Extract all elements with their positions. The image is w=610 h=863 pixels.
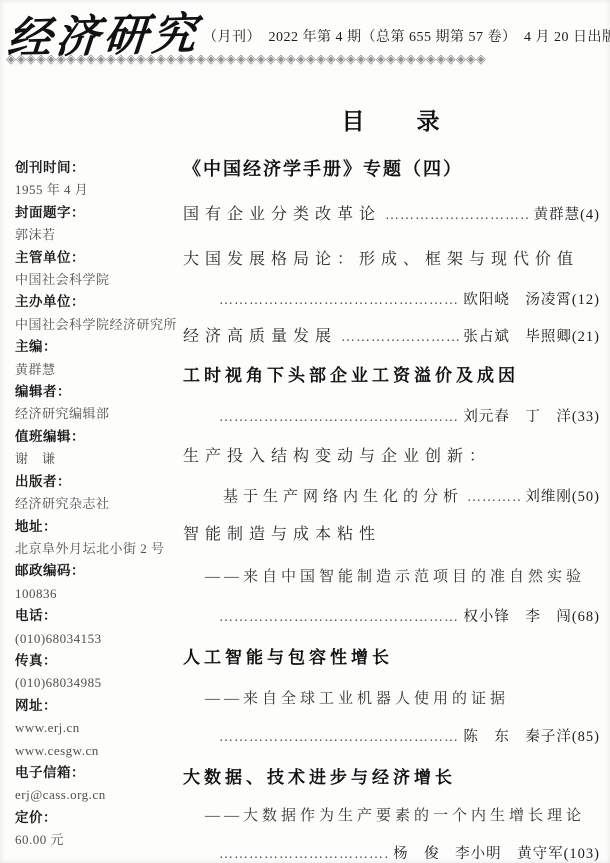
publication-info-sidebar: 创刊时间： 1955 年 4 月 封面题字： 郭沫若 主管单位： 中国社会科学院… bbox=[15, 157, 181, 852]
field-value: 经济研究编辑部 bbox=[15, 403, 181, 425]
sidebar-field-address: 地址： 北京阜外月坛北小街 2 号 bbox=[15, 516, 181, 561]
field-label: 创刊时间： bbox=[15, 157, 181, 179]
toc-entry: 智能制造与成本粘性 bbox=[183, 525, 600, 545]
toc-entry-authors: 杨 俊 李小明 黄守军(103) bbox=[393, 844, 600, 863]
leader-dots: …………………………………………………………………………………………………………… bbox=[219, 608, 459, 628]
toc-entry: 人工智能与包容性增长 bbox=[183, 647, 600, 669]
toc-entry-subtitle: ——大数据作为生产要素的一个内生增长理论 bbox=[205, 806, 585, 826]
field-value: 谢 谦 bbox=[15, 448, 181, 470]
field-value: 北京阜外月坛北小街 2 号 bbox=[15, 538, 181, 560]
email-address: erj@cass.org.cn bbox=[15, 784, 181, 806]
leader-dots: …………………………………………………………………………………………………………… bbox=[219, 728, 459, 748]
field-label: 电话： bbox=[15, 605, 181, 627]
toc-entry-authors: 欧阳峣 汤凌霄(12) bbox=[463, 290, 600, 310]
sidebar-field-fax: 传真： (010)68034985 bbox=[15, 650, 181, 695]
toc-entry-title: 经济高质量发展 bbox=[183, 327, 337, 347]
field-value: 经济研究杂志社 bbox=[15, 493, 181, 515]
field-value: 中国社会科学院 bbox=[15, 269, 181, 291]
field-label: 定价： bbox=[15, 807, 181, 829]
leader-dots: …………………………………………………………………………………………………………… bbox=[467, 488, 521, 508]
issue-info: （月刊） 2022 年第 4 期（总第 655 期第 57 卷） 4 月 20 … bbox=[203, 26, 610, 46]
leader-dots: …………………………………………………………………………………………………………… bbox=[385, 206, 530, 226]
field-value: 60.00 元 bbox=[15, 829, 181, 851]
toc-entry-title: 大国发展格局论：形成、框架与现代价值 bbox=[183, 250, 579, 270]
field-label: 传真： bbox=[15, 650, 181, 672]
toc-entry-subtitle-row: ——来自中国智能制造示范项目的准自然实验 bbox=[205, 567, 600, 587]
field-label: 编辑者： bbox=[15, 381, 181, 403]
toc-entry-title: 智能制造与成本粘性 bbox=[183, 525, 381, 545]
toc-entry-subtitle-row: ——来自全球工业机器人使用的证据 bbox=[205, 689, 600, 709]
toc-entry-title: 人工智能与包容性增长 bbox=[183, 647, 393, 669]
sidebar-field-price: 定价： 60.00 元 bbox=[15, 807, 181, 852]
sidebar-field-duty-editor: 值班编辑： 谢 谦 bbox=[15, 426, 181, 471]
sidebar-field-supervisor: 主管单位： 中国社会科学院 bbox=[15, 247, 181, 292]
website-url: www.cesgw.cn bbox=[15, 740, 181, 762]
toc-section-heading: 《中国经济学手册》专题（四） bbox=[183, 158, 600, 180]
toc-entry: 大国发展格局论：形成、框架与现代价值 bbox=[183, 250, 600, 270]
toc-entry: 大数据、技术进步与经济增长 bbox=[183, 767, 600, 789]
sidebar-field-chief-editor: 主编： 黄群慧 bbox=[15, 336, 181, 381]
leader-dots: …………………………………………………………………………………………………………… bbox=[219, 845, 389, 863]
sidebar-field-cover-calligraphy: 封面题字： 郭沫若 bbox=[15, 202, 181, 247]
sidebar-field-website: 网址： www.erj.cn www.cesgw.cn bbox=[15, 695, 181, 762]
field-label: 值班编辑： bbox=[15, 426, 181, 448]
leader-dots: …………………………………………………………………………………………………………… bbox=[219, 408, 459, 428]
sidebar-field-postcode: 邮政编码： 100836 bbox=[15, 560, 181, 605]
toc-entry-authors: 权小锋 李 闯(68) bbox=[463, 607, 600, 627]
toc-entry-authors-row: …………………………………………………………………………………………………………… bbox=[215, 290, 600, 310]
sidebar-field-publisher: 出版者： 经济研究杂志社 bbox=[15, 471, 181, 516]
toc-entry-authors-row: …………………………………………………………………………………………………………… bbox=[215, 607, 600, 627]
field-label: 出版者： bbox=[15, 471, 181, 493]
toc-entry-authors-row: …………………………………………………………………………………………………………… bbox=[215, 407, 600, 427]
sidebar-field-editor: 编辑者： 经济研究编辑部 bbox=[15, 381, 181, 426]
leader-dots: …………………………………………………………………………………………………………… bbox=[341, 328, 459, 348]
toc-entry-subtitle: ——来自全球工业机器人使用的证据 bbox=[205, 689, 509, 709]
toc-entry-title: 生产投入结构变动与企业创新： bbox=[183, 447, 491, 467]
field-value: 黄群慧 bbox=[15, 359, 181, 381]
sidebar-field-phone: 电话： (010)68034153 bbox=[15, 605, 181, 650]
field-value: 郭沫若 bbox=[15, 224, 181, 246]
field-label: 电子信箱： bbox=[15, 762, 181, 784]
field-value: (010)68034153 bbox=[15, 628, 181, 650]
toc-entry-subtitle: ——来自中国智能制造示范项目的准自然实验 bbox=[205, 567, 585, 587]
toc-entry-title: 大数据、技术进步与经济增长 bbox=[183, 767, 456, 789]
toc-main-column: 目 录 《中国经济学手册》专题（四） 国有企业分类改革论 ……………………………… bbox=[183, 100, 600, 863]
toc-entry-subtitle: 基于生产网络内生化的分析 bbox=[223, 487, 463, 507]
field-value: 1955 年 4 月 bbox=[15, 179, 181, 201]
field-label: 地址： bbox=[15, 516, 181, 538]
field-label: 网址： bbox=[15, 695, 181, 717]
field-label: 主办单位： bbox=[15, 291, 181, 313]
website-url: www.erj.cn bbox=[15, 717, 181, 739]
toc-entry-title: 工时视角下头部企业工资溢价及成因 bbox=[183, 365, 519, 387]
toc-entry: 经济高质量发展 ……………………………………………………………………………………… bbox=[183, 327, 600, 347]
field-label: 主编： bbox=[15, 336, 181, 358]
field-label: 邮政编码： bbox=[15, 560, 181, 582]
toc-entry-subtitle-row: ——大数据作为生产要素的一个内生增长理论 bbox=[205, 806, 600, 826]
toc-entry: 生产投入结构变动与企业创新： bbox=[183, 447, 600, 467]
sidebar-field-email: 电子信箱： erj@cass.org.cn bbox=[15, 762, 181, 807]
toc-entry-authors: 陈 东 秦子洋(85) bbox=[463, 727, 600, 747]
field-label: 封面题字： bbox=[15, 202, 181, 224]
field-value: 中国社会科学院经济研究所 bbox=[15, 314, 181, 336]
sidebar-field-founded: 创刊时间： 1955 年 4 月 bbox=[15, 157, 181, 202]
toc-title: 目 录 bbox=[183, 106, 600, 136]
journal-toc-page: 经济研究 （月刊） 2022 年第 4 期（总第 655 期第 57 卷） 4 … bbox=[0, 0, 610, 863]
field-label: 主管单位： bbox=[15, 247, 181, 269]
toc-entry-authors-row: …………………………………………………………………………………………………………… bbox=[215, 727, 600, 747]
toc-entry-title: 国有企业分类改革论 bbox=[183, 205, 381, 225]
toc-entry: 国有企业分类改革论 ………………………………………………………………………………… bbox=[183, 205, 600, 225]
sidebar-field-organizer: 主办单位： 中国社会科学院经济研究所 bbox=[15, 291, 181, 336]
toc-entry: 工时视角下头部企业工资溢价及成因 bbox=[183, 365, 600, 387]
leader-dots: …………………………………………………………………………………………………………… bbox=[219, 291, 459, 311]
diamond-chain-divider: ◈◈◈◈◈◈◈◈◈◈◈◈◈◈◈◈◈◈◈◈◈◈◈◈◈◈◈◈◈◈◈◈◈◈◈◈◈◈◈◈… bbox=[6, 52, 604, 68]
toc-entry-authors-row: …………………………………………………………………………………………………………… bbox=[215, 844, 600, 863]
masthead: 经济研究 （月刊） 2022 年第 4 期（总第 655 期第 57 卷） 4 … bbox=[0, 0, 610, 56]
field-value: 100836 bbox=[15, 583, 181, 605]
toc-entry-authors: 刘维刚(50) bbox=[525, 487, 600, 507]
toc-entry-authors: 黄群慧(4) bbox=[534, 205, 600, 225]
toc-entry-subtitle-row: 基于生产网络内生化的分析 ………………………………………………………………………… bbox=[223, 487, 600, 507]
toc-entry-authors: 刘元春 丁 洋(33) bbox=[463, 407, 600, 427]
field-value: (010)68034985 bbox=[15, 672, 181, 694]
toc-entry-authors: 张占斌 毕照卿(21) bbox=[463, 327, 600, 347]
